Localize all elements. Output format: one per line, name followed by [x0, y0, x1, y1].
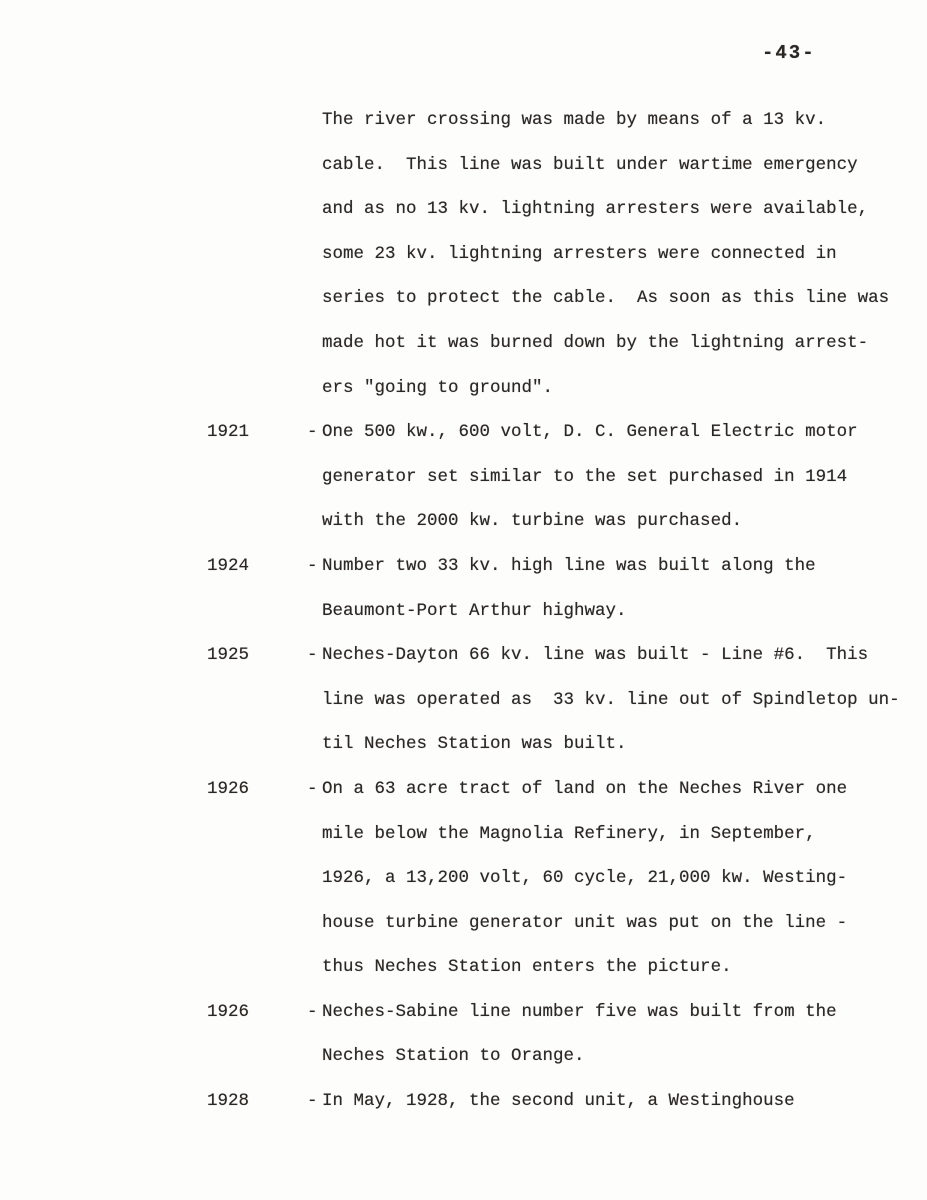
entry-year: 1925 — [207, 633, 307, 678]
year-cell-empty — [207, 856, 307, 901]
document-page: -43- The river crossing was made by mean… — [0, 0, 927, 1200]
entry-dash: - — [307, 633, 322, 678]
timeline-entry-line: line was operated as 33 kv. line out of … — [0, 678, 927, 723]
dash-cell-empty — [307, 232, 322, 277]
year-cell-empty — [207, 499, 307, 544]
paragraph-text: some 23 kv. lightning arresters were con… — [322, 232, 927, 277]
timeline-entry-line: thus Neches Station enters the picture. — [0, 945, 927, 990]
paragraph-line: and as no 13 kv. lightning arresters wer… — [0, 187, 927, 232]
dash-cell-empty — [307, 98, 322, 143]
paragraph-line: some 23 kv. lightning arresters were con… — [0, 232, 927, 277]
year-cell-empty — [207, 722, 307, 767]
page-number: -43- — [762, 42, 816, 64]
paragraph-text: made hot it was burned down by the light… — [322, 321, 927, 366]
timeline-entry-line: house turbine generator unit was put on … — [0, 901, 927, 946]
paragraph-text: series to protect the cable. As soon as … — [322, 276, 927, 321]
entry-text: mile below the Magnolia Refinery, in Sep… — [322, 812, 927, 857]
timeline-entry-line: 1928 - In May, 1928, the second unit, a … — [0, 1079, 927, 1124]
entry-text: til Neches Station was built. — [322, 722, 927, 767]
entry-dash: - — [307, 1079, 322, 1124]
year-cell-empty — [207, 366, 307, 411]
entry-text: line was operated as 33 kv. line out of … — [322, 678, 927, 723]
entry-text: Neches Station to Orange. — [322, 1034, 927, 1079]
entry-year: 1924 — [207, 544, 307, 589]
dash-cell-empty — [307, 856, 322, 901]
entry-dash: - — [307, 544, 322, 589]
entry-text: In May, 1928, the second unit, a Westing… — [322, 1079, 927, 1124]
paragraph-line: cable. This line was built under wartime… — [0, 143, 927, 188]
entry-text: generator set similar to the set purchas… — [322, 455, 927, 500]
dash-cell-empty — [307, 455, 322, 500]
paragraph-line: made hot it was burned down by the light… — [0, 321, 927, 366]
timeline-entry-line: 1924 - Number two 33 kv. high line was b… — [0, 544, 927, 589]
entry-text: On a 63 acre tract of land on the Neches… — [322, 767, 927, 812]
timeline-entry-line: 1921 - One 500 kw., 600 volt, D. C. Gene… — [0, 410, 927, 455]
entry-year: 1928 — [207, 1079, 307, 1124]
entry-text: house turbine generator unit was put on … — [322, 901, 927, 946]
dash-cell-empty — [307, 499, 322, 544]
year-cell-empty — [207, 98, 307, 143]
timeline-entry-line: Neches Station to Orange. — [0, 1034, 927, 1079]
dash-cell-empty — [307, 366, 322, 411]
dash-cell-empty — [307, 812, 322, 857]
year-cell-empty — [207, 945, 307, 990]
paragraph-text: and as no 13 kv. lightning arresters wer… — [322, 187, 927, 232]
year-cell-empty — [207, 187, 307, 232]
dash-cell-empty — [307, 722, 322, 767]
dash-cell-empty — [307, 1034, 322, 1079]
year-cell-empty — [207, 276, 307, 321]
dash-cell-empty — [307, 901, 322, 946]
dash-cell-empty — [307, 589, 322, 634]
year-cell-empty — [207, 321, 307, 366]
entry-text: Neches-Sabine line number five was built… — [322, 990, 927, 1035]
year-cell-empty — [207, 1034, 307, 1079]
paragraph-text: ers "going to ground". — [322, 366, 927, 411]
timeline-entry-line: 1926, a 13,200 volt, 60 cycle, 21,000 kw… — [0, 856, 927, 901]
dash-cell-empty — [307, 678, 322, 723]
year-cell-empty — [207, 232, 307, 277]
dash-cell-empty — [307, 187, 322, 232]
dash-cell-empty — [307, 945, 322, 990]
entry-dash: - — [307, 410, 322, 455]
dash-cell-empty — [307, 276, 322, 321]
timeline-entry-line: 1926 - On a 63 acre tract of land on the… — [0, 767, 927, 812]
timeline-entry-line: 1926 - Neches-Sabine line number five wa… — [0, 990, 927, 1035]
entry-text: 1926, a 13,200 volt, 60 cycle, 21,000 kw… — [322, 856, 927, 901]
paragraph-text: cable. This line was built under wartime… — [322, 143, 927, 188]
paragraph-line: ers "going to ground". — [0, 366, 927, 411]
entry-year: 1926 — [207, 990, 307, 1035]
entry-text: Beaumont-Port Arthur highway. — [322, 589, 927, 634]
entry-dash: - — [307, 767, 322, 812]
timeline-entry-line: generator set similar to the set purchas… — [0, 455, 927, 500]
entry-dash: - — [307, 990, 322, 1035]
entry-text: Neches-Dayton 66 kv. line was built - Li… — [322, 633, 927, 678]
document-body: The river crossing was made by means of … — [0, 98, 927, 1124]
year-cell-empty — [207, 812, 307, 857]
entry-text: One 500 kw., 600 volt, D. C. General Ele… — [322, 410, 927, 455]
paragraph-text: The river crossing was made by means of … — [322, 98, 927, 143]
timeline-entry-line: 1925 - Neches-Dayton 66 kv. line was bui… — [0, 633, 927, 678]
year-cell-empty — [207, 678, 307, 723]
year-cell-empty — [207, 901, 307, 946]
timeline-entry-line: til Neches Station was built. — [0, 722, 927, 767]
timeline-entry-line: Beaumont-Port Arthur highway. — [0, 589, 927, 634]
entry-text: thus Neches Station enters the picture. — [322, 945, 927, 990]
entry-text: with the 2000 kw. turbine was purchased. — [322, 499, 927, 544]
year-cell-empty — [207, 455, 307, 500]
dash-cell-empty — [307, 143, 322, 188]
timeline-entry-line: mile below the Magnolia Refinery, in Sep… — [0, 812, 927, 857]
entry-year: 1921 — [207, 410, 307, 455]
year-cell-empty — [207, 589, 307, 634]
entry-text: Number two 33 kv. high line was built al… — [322, 544, 927, 589]
paragraph-line: The river crossing was made by means of … — [0, 98, 927, 143]
timeline-entry-line: with the 2000 kw. turbine was purchased. — [0, 499, 927, 544]
dash-cell-empty — [307, 321, 322, 366]
entry-year: 1926 — [207, 767, 307, 812]
paragraph-line: series to protect the cable. As soon as … — [0, 276, 927, 321]
year-cell-empty — [207, 143, 307, 188]
